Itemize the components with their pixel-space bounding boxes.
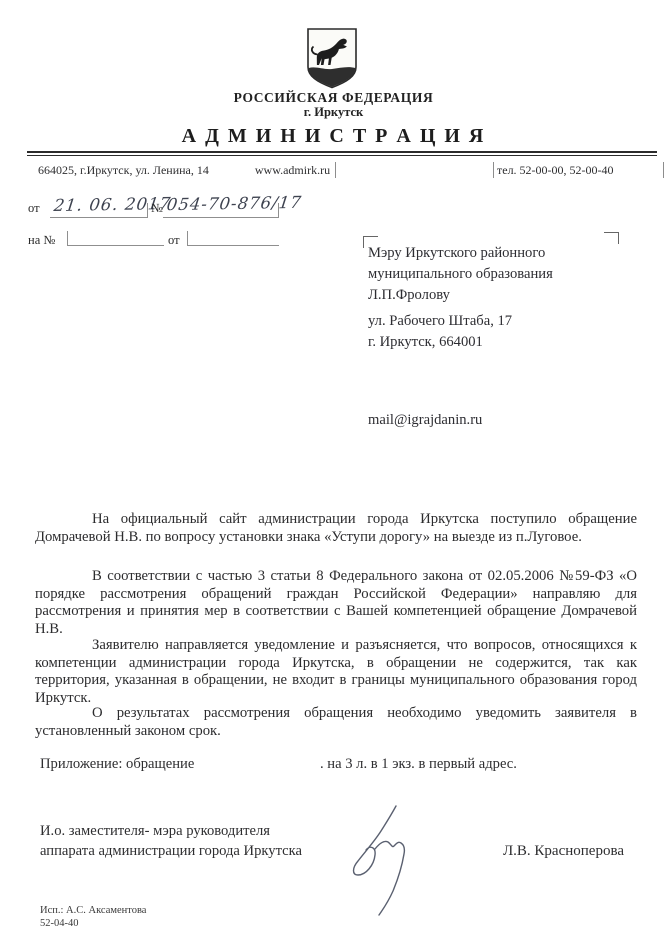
executor-block: Исп.: А.С. Аксаментова 52-04-40	[40, 905, 146, 930]
ref-from-label: от	[28, 201, 40, 216]
recipient-line: Л.П.Фролову	[368, 285, 553, 306]
phone-left-tick	[493, 162, 494, 178]
body-paragraph-4: О результатах рассмотрения обращения нео…	[35, 705, 637, 740]
recipient-block: Мэру Иркутского районного муниципального…	[368, 243, 553, 306]
recipient-address-line: ул. Рабочего Штаба, 17	[368, 311, 512, 332]
phone-right-tick	[663, 162, 664, 178]
irkutsk-emblem-icon	[304, 27, 360, 89]
ref-number-label: №	[151, 201, 163, 216]
executor-phone: 52-04-40	[40, 918, 146, 931]
executor-name: Исп.: А.С. Аксаментова	[40, 905, 146, 918]
letterhead-phone: тел. 52-00-00, 52-00-40	[497, 163, 614, 178]
address-divider-tick	[335, 162, 336, 178]
ref-reply-number-field	[67, 231, 164, 246]
signer-position: И.о. заместителя- мэра руководителя аппа…	[40, 821, 302, 861]
recipient-line: Мэру Иркутского районного	[368, 243, 553, 264]
ref-reply-label: на №	[28, 233, 55, 248]
letterhead-address-line: 664025, г.Иркутск, ул. Ленина, 14www.adm…	[38, 163, 330, 178]
body-paragraph-1: На официальный сайт администрации города…	[35, 511, 637, 546]
ref-number-handwritten: 054-70-876/17	[167, 194, 302, 214]
body-paragraph-2: В соответствии с частью 3 статьи 8 Федер…	[35, 568, 637, 639]
letterhead-postal-address: 664025, г.Иркутск, ул. Ленина, 14	[38, 163, 209, 177]
recipient-email: mail@igrajdanin.ru	[368, 412, 482, 429]
attachment-label: Приложение: обращение	[40, 756, 194, 773]
handwritten-signature	[348, 803, 428, 923]
recipient-corner-mark-right	[604, 232, 619, 244]
scanned-letter-page: РОССИЙСКАЯ ФЕДЕРАЦИЯ г. Иркутск А Д М И …	[0, 0, 667, 939]
letterhead-website: www.admirk.ru	[255, 163, 330, 177]
ref-reply-from-label: от	[168, 233, 180, 248]
letterhead-org-title: А Д М И Н И С Т Р А Ц И Я	[0, 125, 667, 148]
recipient-address-line: г. Иркутск, 664001	[368, 332, 512, 353]
recipient-line: муниципального образования	[368, 264, 553, 285]
header-double-rule	[27, 151, 657, 156]
ref-reply-date-field	[187, 231, 279, 246]
letterhead-country: РОССИЙСКАЯ ФЕДЕРАЦИЯ	[0, 90, 667, 106]
letterhead-city: г. Иркутск	[0, 105, 667, 120]
body-paragraph-3: Заявителю направляется уведомление и раз…	[35, 637, 637, 708]
recipient-address-block: ул. Рабочего Штаба, 17 г. Иркутск, 66400…	[368, 311, 512, 353]
attachment-details: . на 3 л. в 1 экз. в первый адрес.	[320, 756, 517, 773]
signer-name: Л.В. Красноперова	[503, 843, 624, 860]
